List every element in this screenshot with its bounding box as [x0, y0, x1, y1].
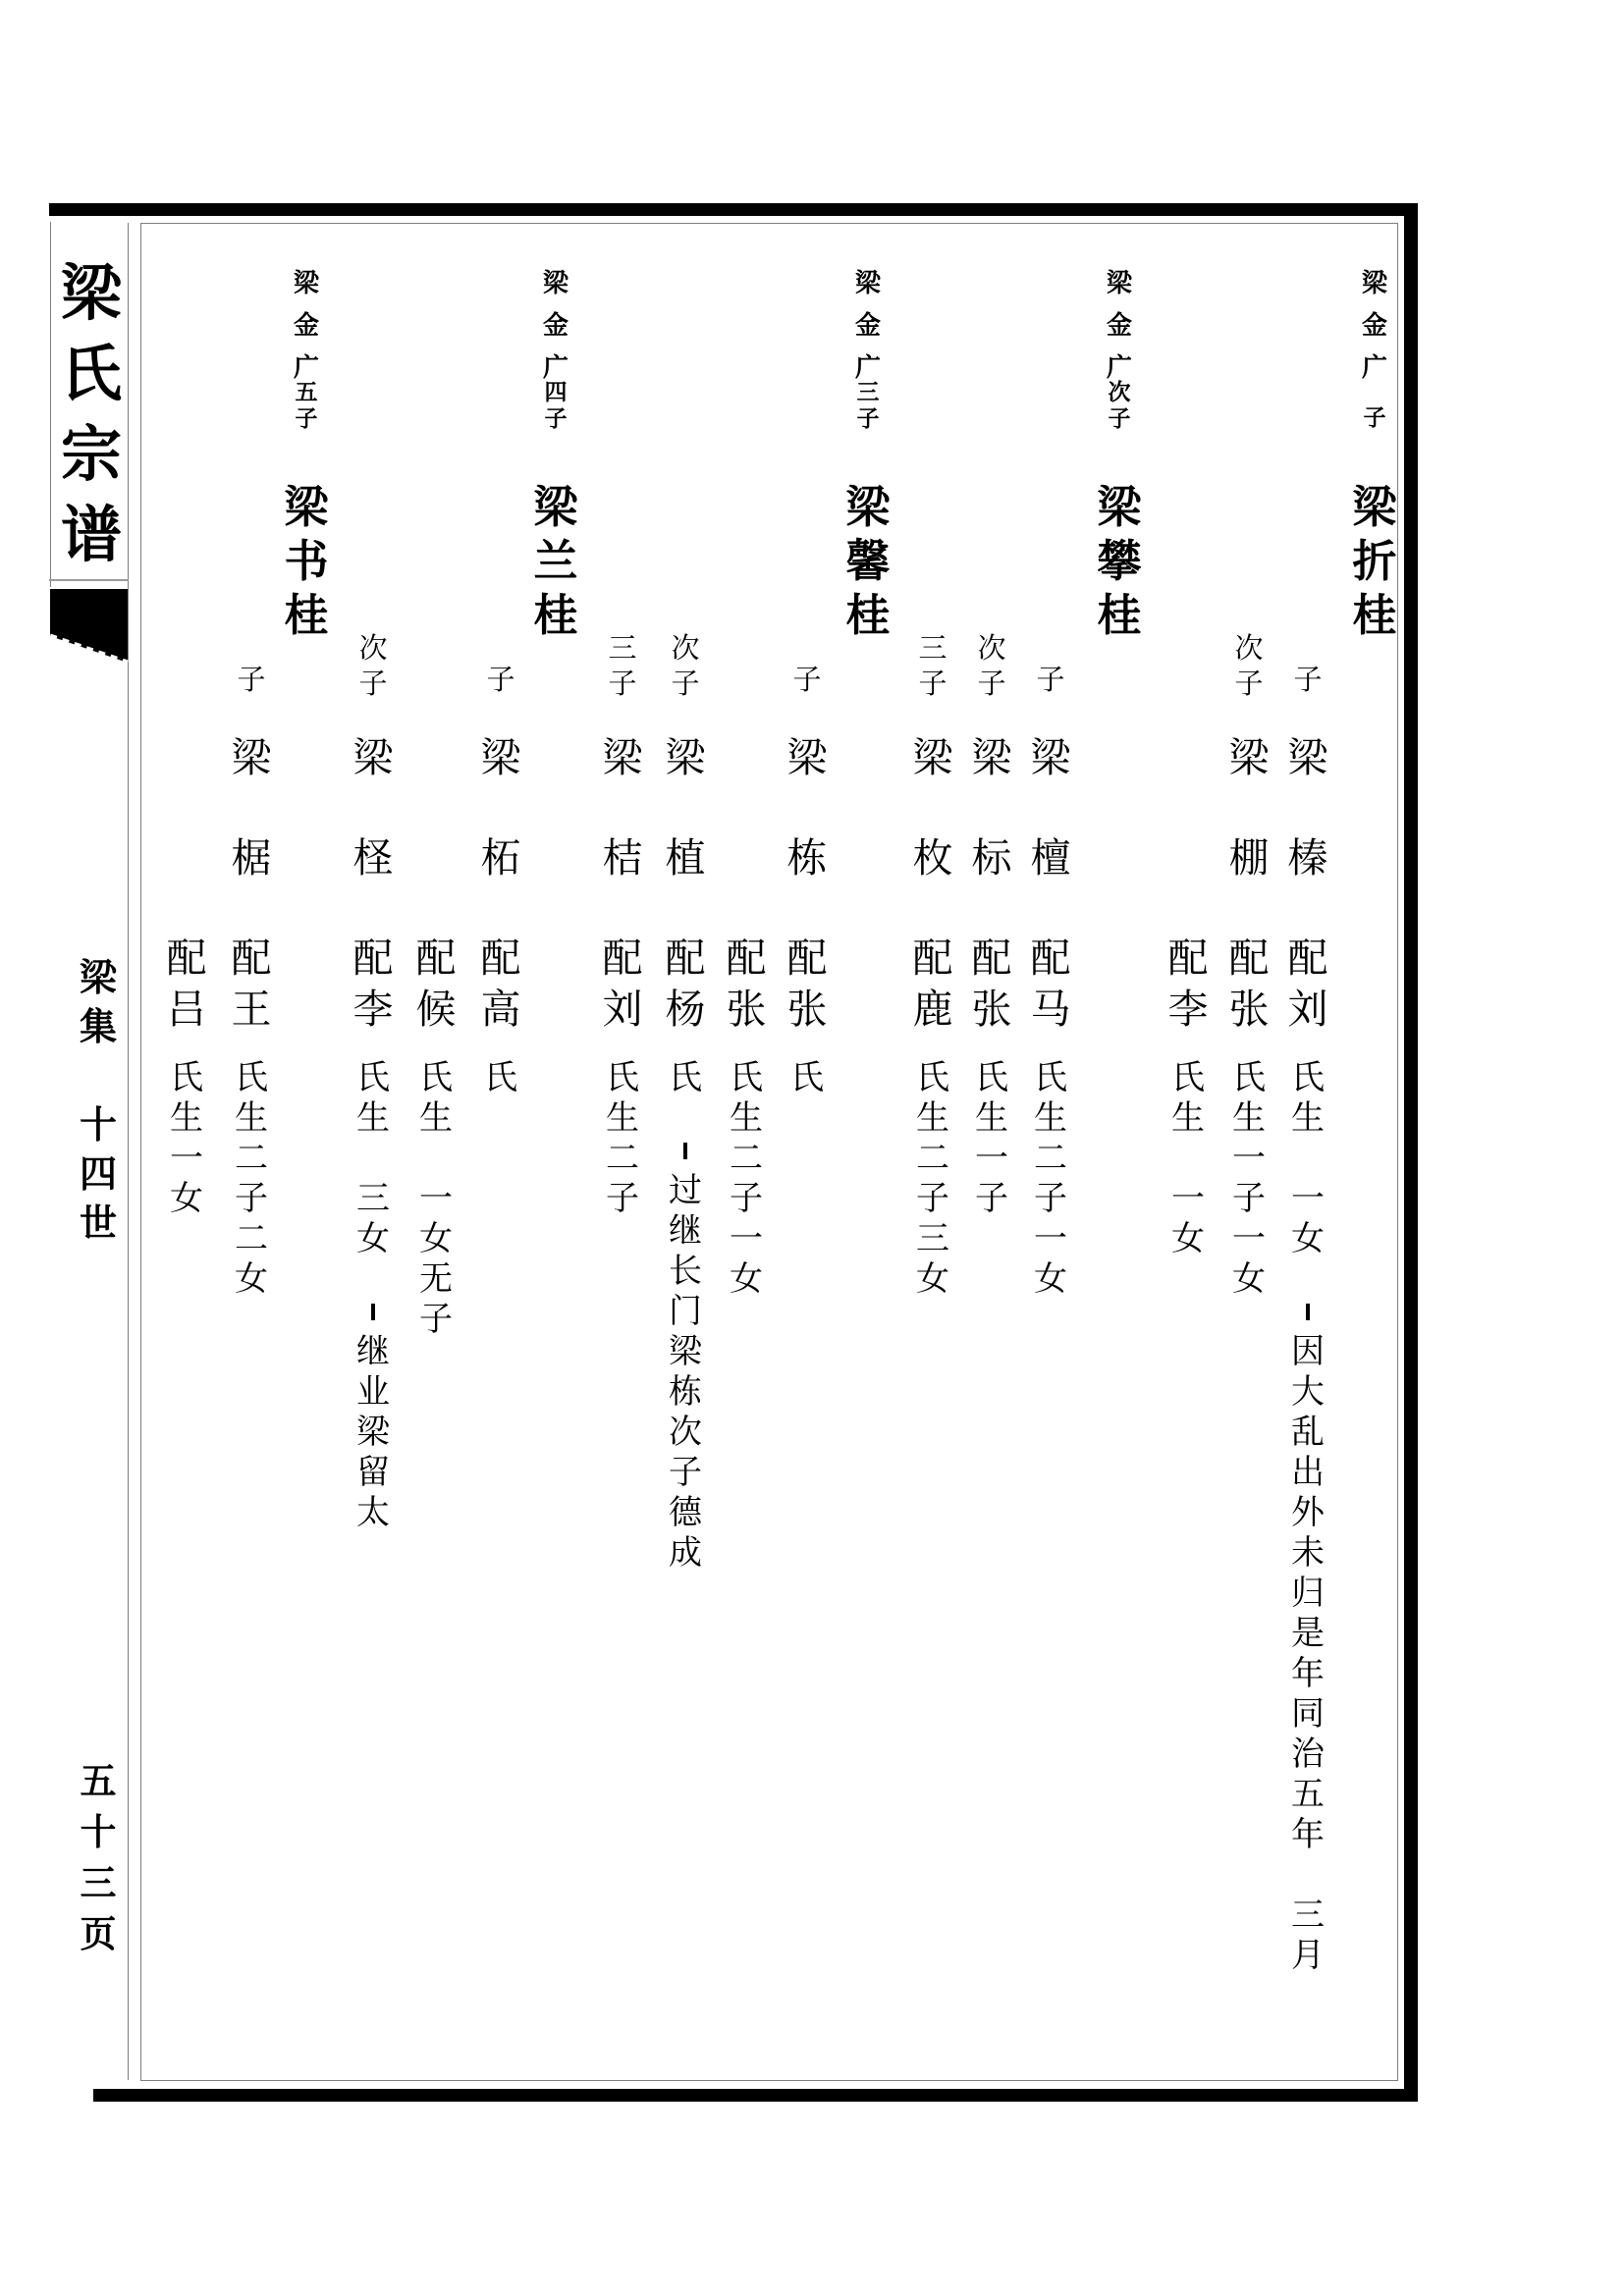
entry-2-child-3-note: 氏生二子三女	[916, 1054, 949, 1296]
entry-4-child-3-label: 次子	[358, 628, 387, 699]
entry-2-child-3-given-name: 枚	[913, 828, 953, 880]
entry-3-name: 梁馨桂	[845, 476, 890, 638]
entry-2-name: 梁攀桂	[1097, 476, 1141, 638]
entry-5-child-1-spouse: 配王	[232, 929, 272, 1031]
entry-4-child-1-surname: 梁	[481, 728, 521, 779]
title-box-line	[50, 222, 51, 587]
entry-1-child-1-spouse: 配刘	[1288, 929, 1328, 1031]
entry-4-child-3-spouse: 配李	[353, 929, 394, 1031]
entry-4-child-1-label: 子	[486, 660, 514, 695]
entry-4-child-3-given-name: 柽	[353, 828, 394, 880]
entry-3-child-4-label: 三子	[608, 628, 636, 699]
entry-3-child-1-label: 子	[792, 660, 821, 695]
entry-2-child-3-surname: 梁	[913, 728, 953, 779]
entry-2-child-1-surname: 梁	[1031, 728, 1071, 779]
entry-3-child-3-surname: 梁	[666, 728, 706, 779]
entry-5-child-1-surname: 梁	[232, 728, 272, 779]
entry-5-rank: 五子	[296, 377, 318, 430]
entry-1-child-2-label: 次子	[1234, 628, 1263, 699]
entry-4-child-3-surname: 梁	[353, 728, 394, 779]
entry-2-child-1-label: 子	[1036, 660, 1064, 695]
entry-3-child-1-surname: 梁	[787, 728, 828, 779]
frame-top-bar	[49, 203, 1416, 216]
entry-5-child-1-label: 子	[237, 660, 265, 695]
entry-3-child-3-spouse: 配杨	[666, 929, 706, 1031]
entry-1-rank: 子	[1364, 402, 1386, 429]
genealogy-page: 梁氏宗谱梁集十四世五十三页 梁金广子梁折桂子梁榛配刘氏生一女因大乱出外未归是年同…	[0, 0, 1624, 2296]
entry-3-child-4-spouse: 配刘	[603, 929, 643, 1031]
entry-3-lineage: 梁金广	[855, 260, 881, 387]
entry-5-child-1-given-name: 椐	[232, 828, 272, 880]
entry-4-child-1-given-name: 柘	[481, 828, 521, 880]
entry-3-child-4-note: 氏生二子	[606, 1054, 639, 1215]
entry-4-child-2-spouse: 配候	[416, 929, 457, 1031]
entry-4-child-2-note: 氏生一女无子	[419, 1054, 453, 1336]
entry-1-child-3-spouse: 配李	[1168, 929, 1209, 1031]
entry-1-child-2-given-name: 棚	[1229, 828, 1270, 880]
entry-1-name: 梁折桂	[1352, 476, 1396, 638]
book-title: 梁氏宗谱	[61, 247, 122, 569]
entry-3-child-1-note: 氏	[790, 1054, 824, 1095]
entry-3-child-2-spouse: 配张	[727, 929, 767, 1031]
entry-4-child-1-spouse: 配高	[481, 929, 521, 1031]
entry-5-name: 梁书桂	[284, 476, 328, 638]
entry-1-child-3-note: 氏生一女	[1171, 1054, 1205, 1255]
entry-5-child-2-note: 氏生一女	[170, 1054, 203, 1215]
entry-1-child-1-surname: 梁	[1288, 728, 1328, 779]
entry-2-child-3-label: 三子	[918, 628, 947, 699]
entry-3-child-3-given-name: 植	[666, 828, 706, 880]
page-number: 五十三页	[81, 1752, 117, 1956]
entry-2-lineage: 梁金广	[1107, 260, 1132, 387]
entry-2-child-2-label: 次子	[977, 628, 1005, 699]
entry-3-child-1-spouse: 配张	[787, 929, 828, 1031]
entry-4-lineage: 梁金广	[543, 260, 568, 387]
entry-2-child-2-spouse: 配张	[972, 929, 1012, 1031]
entry-1-child-1-note: 氏生一女因大乱出外未归是年同治五年三月	[1291, 1054, 1325, 1972]
entry-5-child-1-note: 氏生二子二女	[235, 1054, 268, 1296]
entry-4-child-3-note: 氏生三女继业梁留太	[356, 1054, 390, 1529]
entry-3-child-2-note: 氏生二子一女	[730, 1054, 763, 1296]
frame-bottom-bar	[93, 2089, 1418, 2102]
entry-2-child-1-spouse: 配马	[1031, 929, 1071, 1031]
entry-2-child-2-surname: 梁	[972, 728, 1012, 779]
entry-3-child-4-given-name: 桔	[603, 828, 643, 880]
entry-2-child-3-spouse: 配鹿	[913, 929, 953, 1031]
volume-generation: 梁集十四世	[80, 949, 117, 1244]
entry-1-child-2-spouse: 配张	[1229, 929, 1270, 1031]
entry-1-child-1-label: 子	[1293, 660, 1322, 695]
entry-2-child-2-note: 氏生一子	[975, 1054, 1008, 1215]
entry-3-child-4-surname: 梁	[603, 728, 643, 779]
entry-3-child-1-given-name: 栋	[787, 828, 828, 880]
sidebar-divider-line	[128, 223, 129, 2080]
entry-1-child-2-surname: 梁	[1229, 728, 1270, 779]
entry-3-child-3-label: 次子	[671, 628, 699, 699]
entry-5-lineage: 梁金广	[294, 260, 319, 387]
entry-1-child-1-given-name: 榛	[1288, 828, 1328, 880]
entry-4-rank: 四子	[545, 377, 568, 430]
entry-3-rank: 三子	[857, 377, 880, 430]
entry-4-name: 梁兰桂	[533, 476, 577, 638]
entry-2-child-1-note: 氏生二子一女	[1034, 1054, 1067, 1296]
entry-2-rank: 次子	[1109, 377, 1131, 430]
entry-5-child-2-spouse: 配吕	[167, 929, 207, 1031]
entry-4-child-1-note: 氏	[484, 1054, 517, 1095]
entry-2-child-2-given-name: 标	[972, 828, 1012, 880]
entry-1-child-2-note: 氏生一子一女	[1232, 1054, 1266, 1296]
entry-3-child-3-note: 氏过继长门梁栋次子德成	[669, 1054, 702, 1570]
frame-right-bar	[1404, 203, 1418, 2102]
page-corner-decoration	[49, 577, 130, 667]
entry-2-child-1-given-name: 檀	[1031, 828, 1071, 880]
content-border	[140, 223, 1398, 2081]
entry-1-lineage: 梁金广	[1362, 260, 1387, 387]
